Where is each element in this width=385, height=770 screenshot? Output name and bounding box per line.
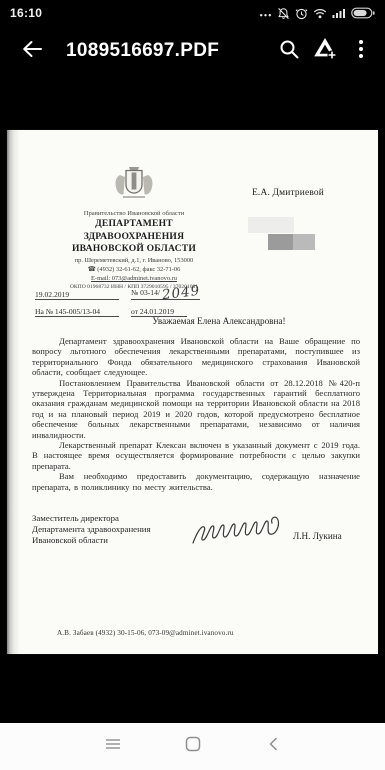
overflow-menu-button[interactable] <box>343 31 379 71</box>
overflow-menu-icon <box>358 38 364 65</box>
letterhead: Правительство Ивановской области ДЕПАРТА… <box>25 163 243 291</box>
alarm-icon <box>295 7 308 20</box>
outgoing-number: № 03-14/2049 <box>131 283 200 300</box>
recents-menu-icon <box>105 737 121 756</box>
signer-position-line1: Заместитель директора <box>32 513 151 524</box>
pdf-viewport[interactable]: Правительство Ивановской области ДЕПАРТА… <box>0 76 385 723</box>
back-button[interactable] <box>14 31 50 71</box>
home-icon <box>185 736 201 757</box>
paragraph-1: Департамент здравоохранения Ивановской о… <box>32 336 360 378</box>
department-name-line1: ДЕПАРТАМЕНТ <box>25 218 243 231</box>
government-line: Правительство Ивановской области <box>25 210 243 218</box>
redaction-block-2 <box>268 234 293 250</box>
outgoing-number-prefix: № 03-14/ <box>131 288 160 297</box>
add-to-drive-button[interactable] <box>307 31 343 71</box>
paragraph-2: Постановлением Правительства Ивановской … <box>32 378 360 440</box>
nav-back-button[interactable] <box>256 730 290 764</box>
status-icons <box>259 7 375 20</box>
search-icon <box>278 38 300 65</box>
recents-button[interactable] <box>96 730 130 764</box>
outgoing-date: 19.02.2019 <box>35 290 119 300</box>
battery-icon <box>351 7 375 19</box>
phone-screen: 16:10 <box>0 0 385 770</box>
signal-icon <box>332 7 346 19</box>
phone-line: ☎ (4932) 32-61-62, факс 32-71-06 <box>25 266 243 275</box>
pdf-page: Правительство Ивановской области ДЕПАРТА… <box>7 130 378 654</box>
back-arrow-icon <box>21 38 43 65</box>
signer-position: Заместитель директора Департамента здрав… <box>32 513 151 546</box>
reference-block: 19.02.2019 № 03-14/2049 На № 145-005/13-… <box>35 287 200 317</box>
redaction-block-1 <box>248 217 294 233</box>
paragraph-3: Лекарственный препарат Клексан включен в… <box>32 440 360 471</box>
letter-body: Департамент здравоохранения Ивановской о… <box>32 336 360 492</box>
more-icon <box>259 7 272 19</box>
bell-muted-icon <box>277 7 290 20</box>
executor-contact: А.В. Забаев (4932) 30-15-06, 073-09@admi… <box>57 629 234 637</box>
postal-address: пр. Шереметевский, д.1, г. Иваново, 1530… <box>25 257 243 266</box>
app-bar: 1089516697.PDF <box>0 26 385 76</box>
document-title: 1089516697.PDF <box>66 40 271 62</box>
nav-back-icon <box>267 736 279 757</box>
signer-position-line2: Департамента здравоохранения <box>32 524 151 535</box>
coat-of-arms-icon <box>112 163 156 208</box>
status-time: 16:10 <box>10 6 42 20</box>
home-button[interactable] <box>176 730 210 764</box>
redaction-block-3 <box>293 234 315 250</box>
department-name-line3: ИВАНОВСКОЙ ОБЛАСТИ <box>25 243 243 256</box>
addressee-name: Е.А. Дмитриевой <box>252 188 324 198</box>
status-bar: 16:10 <box>0 0 385 26</box>
signer-position-line3: Ивановской области <box>32 535 151 546</box>
search-button[interactable] <box>271 31 307 71</box>
signature-scribble <box>190 510 290 553</box>
paragraph-4: Вам необходимо предоставить документацию… <box>32 471 360 492</box>
navigation-bar <box>0 723 385 770</box>
handwritten-number: 2049 <box>161 283 201 304</box>
signer-name: Л.Н. Лукина <box>293 531 342 541</box>
department-name-line2: ЗДРАВООХРАНЕНИЯ <box>25 231 243 244</box>
wifi-icon <box>313 7 327 19</box>
salutation: Уважаемая Елена Александровна! <box>32 316 358 326</box>
add-to-drive-icon <box>313 37 338 65</box>
